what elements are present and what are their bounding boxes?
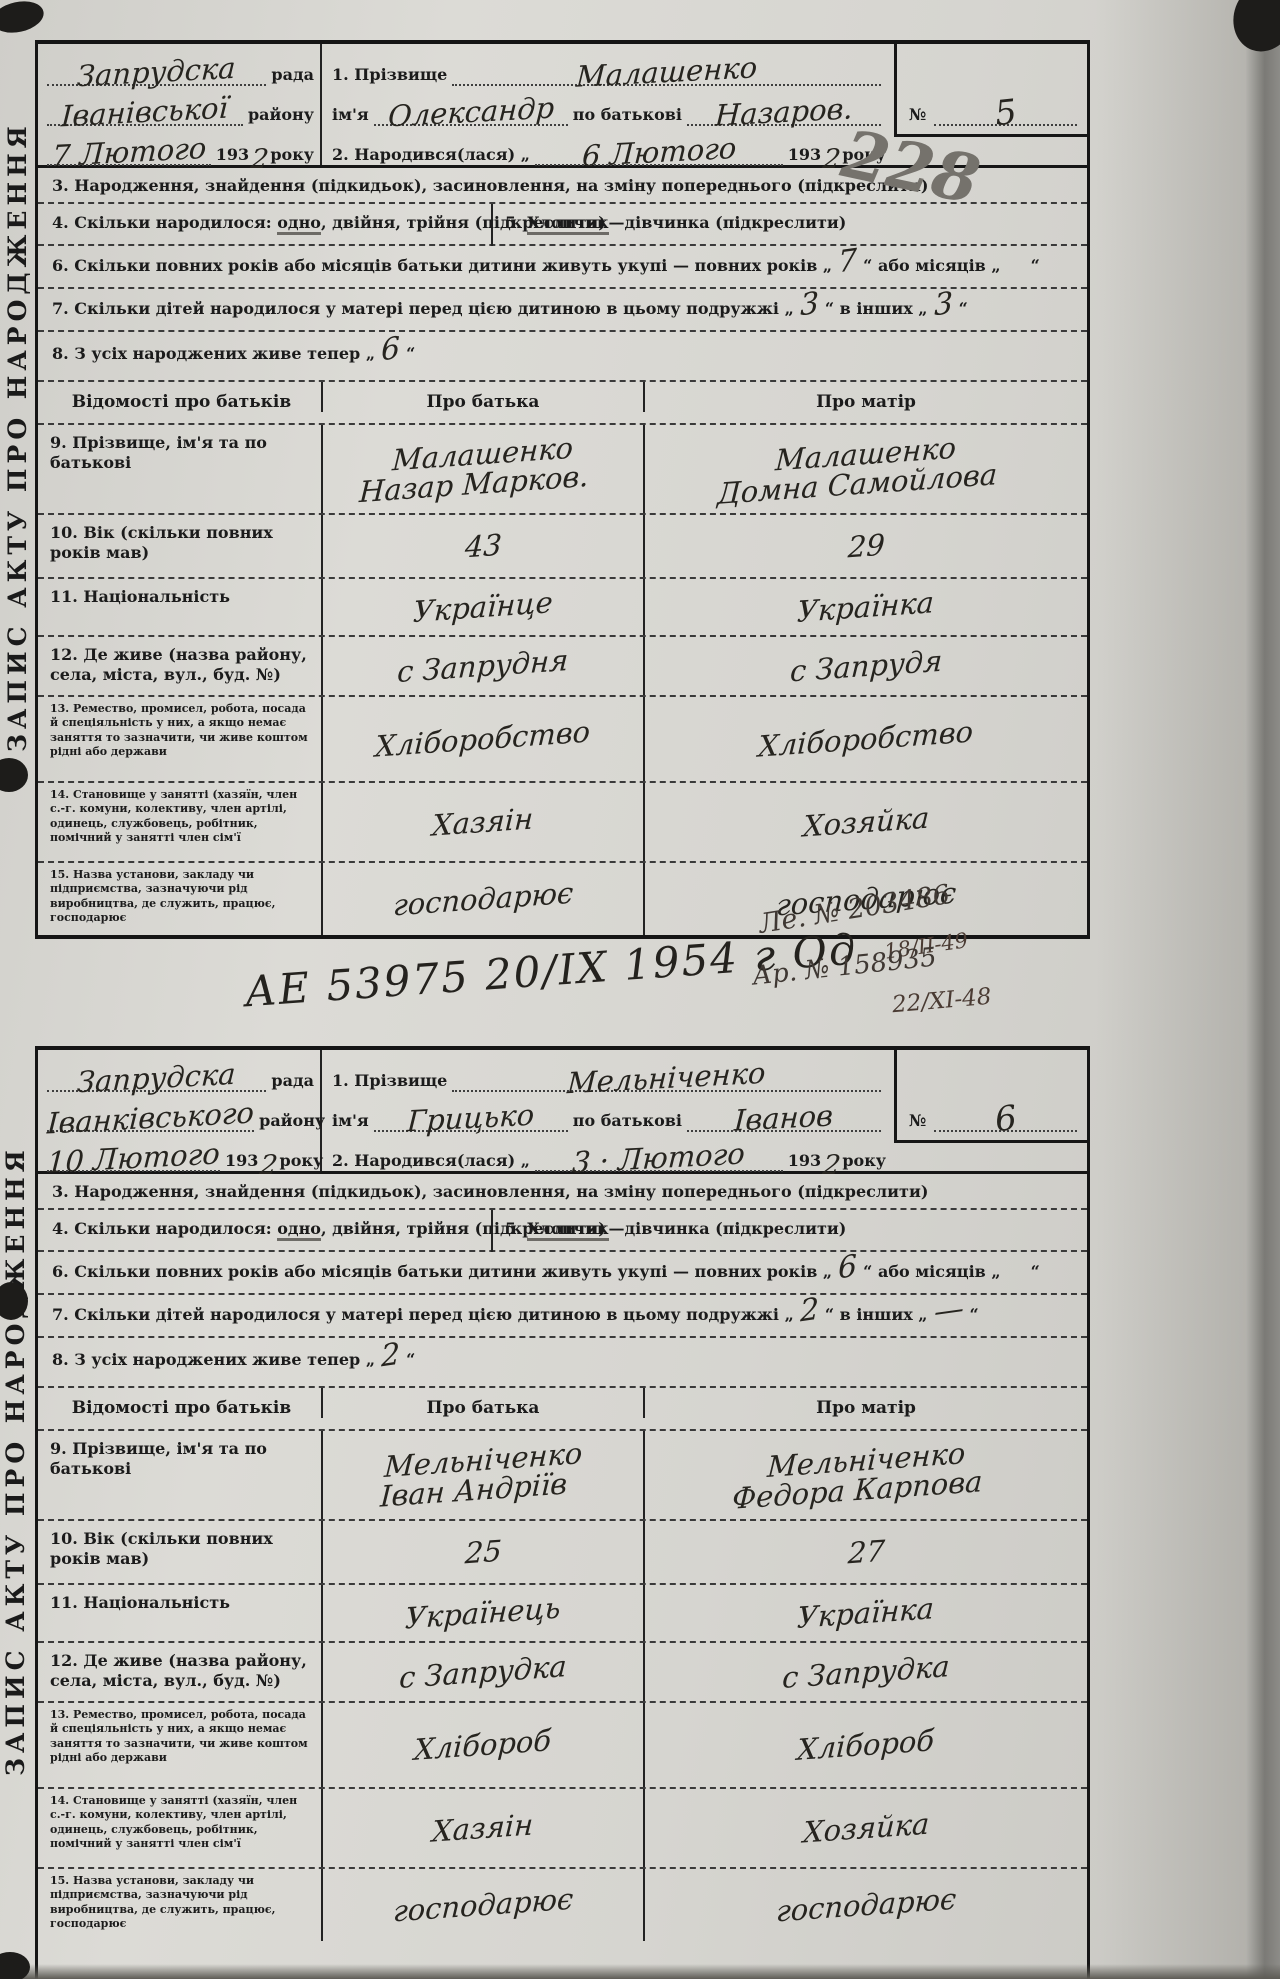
form-header: Запрудскарада Іванківськогорайону 10 Лют… [38, 1050, 1087, 1174]
council-value: Запрудска [77, 57, 237, 89]
row-8-children-alive: 8. З усіх народжених живе тепер „6“ [38, 332, 1087, 382]
registration-year-digit: 2 [250, 152, 269, 168]
row-14-label: 14. Становище у занятті (хазяїн, член с.… [38, 1789, 321, 1867]
birth-date-value: 6 Лютого [581, 137, 736, 168]
row-9-parent-names: 9. Прізвище, ім'я та по батькові Мельніч… [38, 1431, 1087, 1521]
row-7-children-before: 7. Скільки дітей народилося у матері пер… [38, 289, 1087, 332]
row-5-sex: 5. Хлопчик—дівчинка (підкреслити) [493, 204, 1081, 232]
row-13-label: 13. Ремество, промисел, робота, посада й… [38, 1703, 321, 1787]
given-name-value: Грицько [407, 1104, 535, 1134]
mother-nationality: Українка [643, 1585, 1087, 1641]
mother-column-heading: Про матір [643, 1388, 1087, 1418]
row-3-birth-type: 3. Народження, знайдення (підкидьок), за… [38, 1174, 1087, 1210]
birth-date-label: 2. Народився(лася) „ [332, 1151, 530, 1172]
years-together-value: 6 [838, 1259, 857, 1277]
header-council-block: Запрудскарада Іванівськоїрайону 7 Лютого… [38, 44, 322, 165]
record-number-label: № [909, 105, 926, 126]
father-name: МалашенкоНазар Марков. [321, 425, 643, 513]
father-column-heading: Про батька [321, 382, 643, 412]
row-13-occupation: 13. Ремество, промисел, робота, посада й… [38, 697, 1087, 783]
birth-date-value: 3 · Лютого [572, 1143, 746, 1175]
record-number-value: 6 [994, 1108, 1018, 1131]
side-caption-form1: ЗАПИС АКТУ ПРО НАРОДЖЕННЯ [3, 196, 32, 752]
row-11-label: 11. Національність [38, 1585, 321, 1641]
patronymic-value: Назаров. [715, 98, 854, 128]
council-label: рада [271, 1071, 314, 1092]
given-name-label: ім'я [332, 1111, 369, 1132]
row-12-residence: 12. Де живе (назва району, села, міста, … [38, 1643, 1087, 1703]
mother-residence: с Запрудя [643, 637, 1087, 695]
row-9-parent-names: 9. Прізвище, ім'я та по батькові Малашен… [38, 425, 1087, 515]
father-residence: с Запрудня [321, 637, 643, 695]
mother-name: МельніченкоФедора Карпова [643, 1431, 1087, 1519]
father-nationality: Українець [321, 1585, 643, 1641]
father-age: 43 [321, 515, 643, 577]
row-8-children-alive: 8. З усіх народжених живе тепер „2“ [38, 1338, 1087, 1388]
registration-year-digit: 2 [259, 1158, 278, 1174]
district-value: Іванівської [61, 97, 229, 129]
year-prefix: 193 [225, 1151, 258, 1172]
surname-value: Малашенко [576, 56, 758, 89]
mother-name-line2: Домна Самойлова [716, 459, 997, 509]
row-10-label: 10. Вік (скільки повних років мав) [38, 1521, 321, 1583]
scan-right-edge [1246, 0, 1280, 1979]
registration-date-value: 7 Лютого [51, 137, 206, 168]
reference-annotation-2-date: 22/ХІ-48 [891, 984, 992, 1019]
children-other-value: 3 [934, 296, 953, 314]
row-15-workplace: 15. Назва установи, закладу чи підприємс… [38, 1869, 1087, 1941]
row-12-label: 12. Де живе (назва району, села, міста, … [38, 1643, 321, 1701]
row-10-label: 10. Вік (скільки повних років мав) [38, 515, 321, 577]
ink-blot-left-middle [0, 758, 28, 792]
mother-residence: с Запрудка [643, 1643, 1087, 1701]
row-5-sex: 5. Хлопчик—дівчинка (підкреслити) [493, 1210, 1081, 1238]
patronymic-label: по батькові [573, 1111, 682, 1132]
father-residence: с Запрудка [321, 1643, 643, 1701]
children-other-value: — [934, 1301, 964, 1320]
row-10-age: 10. Вік (скільки повних років мав) 25 27 [38, 1521, 1087, 1585]
row-14-status: 14. Становище у занятті (хазяїн, член с.… [38, 783, 1087, 863]
record-number-label: № [909, 1111, 926, 1132]
patronymic-value: Іванов [734, 1105, 834, 1133]
row-10-age: 10. Вік (скільки повних років мав) 43 29 [38, 515, 1087, 579]
header-child-block: 1. ПрізвищеМельніченко ім'яГрицькопо бат… [322, 1050, 894, 1171]
document-page: ЗАПИС АКТУ ПРО НАРОДЖЕННЯ ЗАПИС АКТУ ПРО… [0, 0, 1280, 1979]
birth-record-form-2: Запрудскарада Іванківськогорайону 10 Лют… [35, 1046, 1090, 1979]
mother-status: Хозяйка [643, 783, 1087, 861]
row-15-label: 15. Назва установи, закладу чи підприємс… [38, 863, 321, 935]
header-council-block: Запрудскарада Іванківськогорайону 10 Лют… [38, 1050, 322, 1171]
children-alive-value: 2 [381, 1347, 400, 1365]
years-together-value: 7 [838, 253, 857, 271]
record-number-value: 5 [994, 102, 1018, 125]
row-12-residence: 12. Де живе (назва району, села, міста, … [38, 637, 1087, 697]
row-7-children-before: 7. Скільки дітей народилося у матері пер… [38, 1295, 1087, 1338]
mother-status: Хозяйка [643, 1789, 1087, 1867]
father-workplace: господарює [321, 1869, 643, 1941]
row-9-label: 9. Прізвище, ім'я та по батькові [38, 1431, 321, 1519]
row-6-years-together: 6. Скільки повних років або місяців бать… [38, 1252, 1087, 1295]
row-4-count: 4. Скільки народилося: одно, двійня, трі… [38, 1210, 493, 1252]
registration-date-value: 10 Лютого [47, 1143, 221, 1175]
birth-year-digit: 2 [822, 1158, 841, 1174]
mother-workplace: господарює [643, 1869, 1087, 1941]
year-suffix: року [280, 1151, 324, 1172]
ink-blot-top-left [0, 0, 47, 37]
months-together-value [1007, 1259, 1025, 1262]
row-9-label: 9. Прізвище, ім'я та по батькові [38, 425, 321, 513]
row-11-nationality: 11. Національність Українце Українка [38, 579, 1087, 637]
header-child-block: 1. ПрізвищеМалашенко ім'яОлександрпо бат… [322, 44, 894, 165]
year-prefix: 193 [216, 145, 249, 166]
surname-label: 1. Прізвище [332, 65, 447, 86]
row-4-5: 4. Скільки народилося: одно, двійня, трі… [38, 1210, 1087, 1252]
row-6-years-together: 6. Скільки повних років або місяців бать… [38, 246, 1087, 289]
father-status: Хазяін [321, 1789, 643, 1867]
mother-occupation: Хлібороб [643, 1703, 1087, 1787]
row-11-nationality: 11. Національність Українець Українка [38, 1585, 1087, 1643]
district-value: Іванківського [47, 1102, 255, 1136]
father-name: МельніченкоІван Андріїв [321, 1431, 643, 1519]
row-12-label: 12. Де живе (назва району, села, міста, … [38, 637, 321, 695]
father-workplace: господарює [321, 863, 643, 935]
months-together-value [1007, 253, 1025, 256]
patronymic-label: по батькові [573, 105, 682, 126]
side-caption-form2: ЗАПИС АКТУ ПРО НАРОДЖЕННЯ [1, 1186, 30, 1776]
underlined-boy: Хлопчик [527, 1219, 608, 1241]
underlined-odno: одно [277, 213, 321, 235]
underlined-boy: Хлопчик [527, 213, 608, 235]
birth-year-digit: 2 [822, 152, 841, 168]
surname-label: 1. Прізвище [332, 1071, 447, 1092]
given-name-label: ім'я [332, 105, 369, 126]
surname-value: Мельніченко [567, 1062, 767, 1096]
row-13-occupation: 13. Ремество, промисел, робота, посада й… [38, 1703, 1087, 1789]
father-occupation: Хлібороб [321, 1703, 643, 1787]
parents-info-heading: Відомості про батьків [38, 1388, 321, 1418]
row-14-label: 14. Становище у занятті (хазяїн, член с.… [38, 783, 321, 861]
row-15-label: 15. Назва установи, закладу чи підприємс… [38, 1869, 321, 1941]
father-age: 25 [321, 1521, 643, 1583]
record-number-box: № 5 [894, 44, 1087, 137]
father-nationality: Українце [321, 579, 643, 635]
district-label: району [248, 105, 314, 126]
scan-right-shadow [1096, 0, 1246, 1979]
mother-age: 29 [643, 515, 1087, 577]
ink-blot-bottom-left [0, 1952, 30, 1979]
mother-column-heading: Про матір [643, 382, 1087, 412]
row-14-status: 14. Становище у занятті (хазяїн, член с.… [38, 1789, 1087, 1869]
given-name-value: Олександр [387, 97, 554, 129]
children-alive-value: 6 [381, 341, 400, 359]
parents-info-heading: Відомості про батьків [38, 382, 321, 412]
parents-table-header: Відомості про батьків Про батька Про мат… [38, 1388, 1087, 1431]
mother-nationality: Українка [643, 579, 1087, 635]
mother-name: МалашенкоДомна Самойлова [643, 425, 1087, 513]
birth-date-label: 2. Народився(лася) „ [332, 145, 530, 166]
row-13-label: 13. Ремество, промисел, робота, посада й… [38, 697, 321, 781]
district-label: району [259, 1111, 325, 1132]
row-4-count: 4. Скільки народилося: одно, двійня, трі… [38, 204, 493, 246]
mother-occupation: Хліборобство [643, 697, 1087, 781]
parents-table-header: Відомості про батьків Про батька Про мат… [38, 382, 1087, 425]
mother-age: 27 [643, 1521, 1087, 1583]
father-occupation: Хліборобство [321, 697, 643, 781]
father-status: Хазяін [321, 783, 643, 861]
row-11-label: 11. Національність [38, 579, 321, 635]
council-value: Запрудска [77, 1063, 237, 1095]
year-suffix: року [270, 145, 314, 166]
underlined-odno: одно [277, 1219, 321, 1241]
scan-bottom-edge [0, 1964, 1280, 1979]
record-number-box: № 6 [894, 1050, 1087, 1143]
children-this-marriage-value: 2 [800, 1302, 819, 1320]
father-column-heading: Про батька [321, 1388, 643, 1418]
council-label: рада [271, 65, 314, 86]
children-this-marriage-value: 3 [800, 296, 819, 314]
